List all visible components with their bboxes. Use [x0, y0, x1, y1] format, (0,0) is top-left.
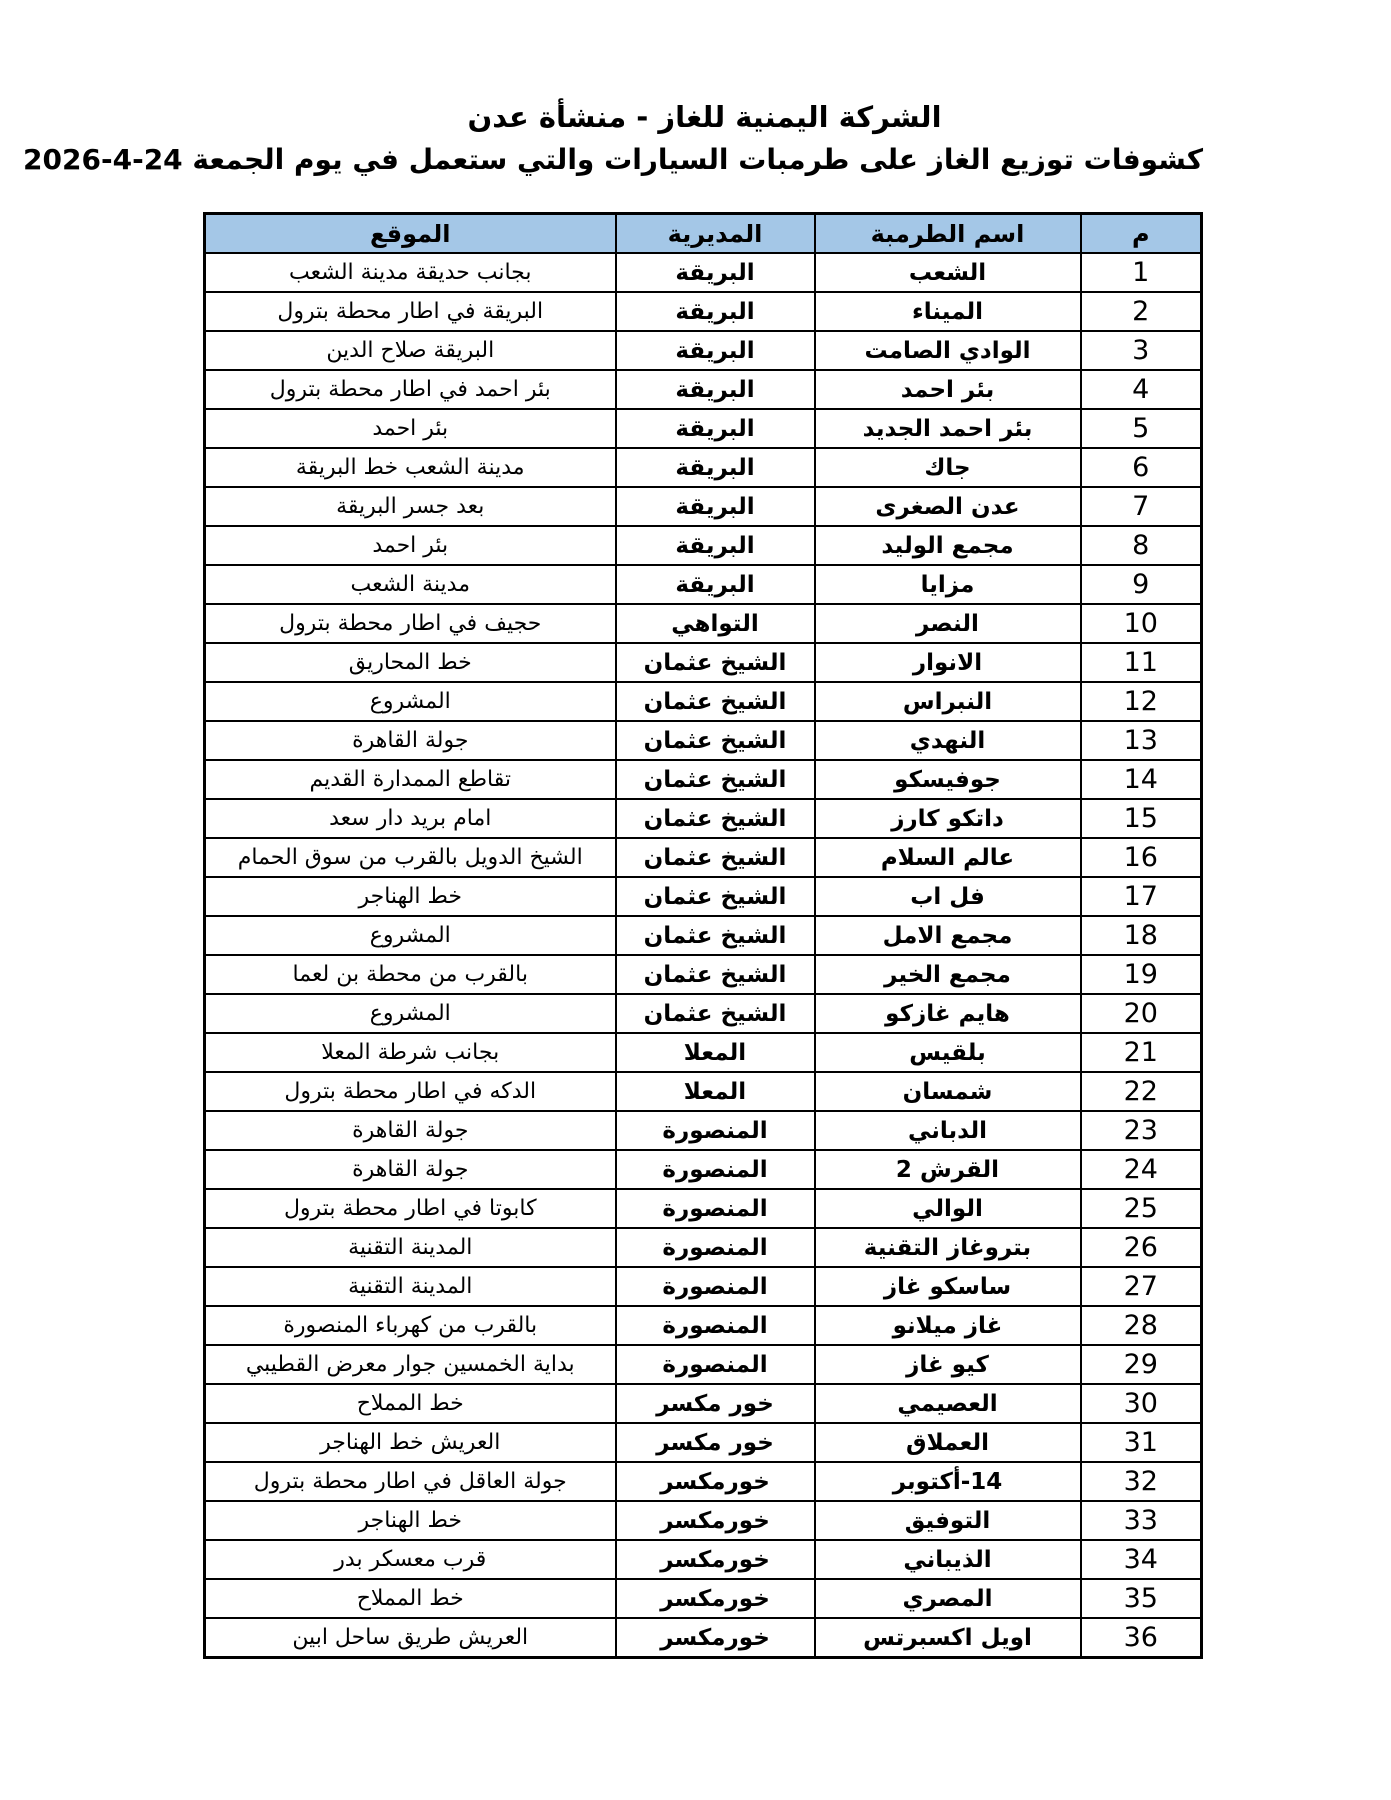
cell-location: المدينة التقنية [205, 1267, 616, 1306]
cell-pump: اويل اكسبرتس [815, 1618, 1081, 1658]
cell-location: كابوتا في اطار محطة بترول [205, 1189, 616, 1228]
table-row: 27ساسكو غازالمنصورةالمدينة التقنية [205, 1267, 1202, 1306]
cell-district: البريقة [616, 565, 815, 604]
cell-pump: غاز ميلانو [815, 1306, 1081, 1345]
cell-no: 34 [1081, 1540, 1202, 1579]
table-row: 18مجمع الاملالشيخ عثمانالمشروع [205, 916, 1202, 955]
table-row: 36اويل اكسبرتسخورمكسرالعريش طريق ساحل اب… [205, 1618, 1202, 1658]
cell-pump: النبراس [815, 682, 1081, 721]
table-row: 15داتكو كارزالشيخ عثمانامام بريد دار سعد [205, 799, 1202, 838]
cell-district: البريقة [616, 370, 815, 409]
cell-district: البريقة [616, 526, 815, 565]
cell-location: الدكه في اطار محطة بترول [205, 1072, 616, 1111]
cell-location: الشيخ الدويل بالقرب من سوق الحمام [205, 838, 616, 877]
cell-location: بئر احمد [205, 526, 616, 565]
table-row: 22شمسانالمعلاالدكه في اطار محطة بترول [205, 1072, 1202, 1111]
cell-pump: شمسان [815, 1072, 1081, 1111]
cell-district: الشيخ عثمان [616, 916, 815, 955]
cell-district: الشيخ عثمان [616, 994, 815, 1033]
cell-pump: الدباني [815, 1111, 1081, 1150]
cell-district: الشيخ عثمان [616, 721, 815, 760]
cell-location: خط الهناجر [205, 1501, 616, 1540]
cell-district: الشيخ عثمان [616, 682, 815, 721]
cell-pump: عدن الصغرى [815, 487, 1081, 526]
cell-pump: مجمع الخير [815, 955, 1081, 994]
cell-pump: الذيباني [815, 1540, 1081, 1579]
table-row: 3الوادي الصامتالبريقةالبريقة صلاح الدين [205, 331, 1202, 370]
cell-no: 23 [1081, 1111, 1202, 1150]
cell-pump: بتروغاز التقنية [815, 1228, 1081, 1267]
cell-pump: مزايا [815, 565, 1081, 604]
cell-pump: الشعب [815, 253, 1081, 292]
header-cell-district: المديرية [616, 214, 815, 254]
cell-no: 12 [1081, 682, 1202, 721]
cell-no: 22 [1081, 1072, 1202, 1111]
cell-no: 13 [1081, 721, 1202, 760]
cell-no: 4 [1081, 370, 1202, 409]
cell-location: تقاطع الممدارة القديم [205, 760, 616, 799]
cell-district: المنصورة [616, 1111, 815, 1150]
cell-district: الشيخ عثمان [616, 877, 815, 916]
cell-district: الشيخ عثمان [616, 799, 815, 838]
header-cell-no: م [1081, 214, 1202, 254]
cell-location: المشروع [205, 682, 616, 721]
cell-no: 21 [1081, 1033, 1202, 1072]
cell-district: المنصورة [616, 1306, 815, 1345]
table-row: 21بلقيسالمعلابجانب شرطة المعلا [205, 1033, 1202, 1072]
cell-location: خط المملاح [205, 1579, 616, 1618]
cell-pump: النهدي [815, 721, 1081, 760]
cell-no: 2 [1081, 292, 1202, 331]
cell-district: البريقة [616, 253, 815, 292]
cell-pump: النصر [815, 604, 1081, 643]
cell-location: جولة العاقل في اطار محطة بترول [205, 1462, 616, 1501]
table-row: 8مجمع الوليدالبريقةبئر احمد [205, 526, 1202, 565]
cell-district: خورمكسر [616, 1579, 815, 1618]
cell-no: 28 [1081, 1306, 1202, 1345]
cell-location: امام بريد دار سعد [205, 799, 616, 838]
table-row: 13النهديالشيخ عثمانجولة القاهرة [205, 721, 1202, 760]
table-row: 35المصريخورمكسرخط المملاح [205, 1579, 1202, 1618]
cell-pump: جوفيسكو [815, 760, 1081, 799]
table-row: 12النبراسالشيخ عثمانالمشروع [205, 682, 1202, 721]
cell-location: بجانب حديقة مدينة الشعب [205, 253, 616, 292]
cell-district: خورمكسر [616, 1462, 815, 1501]
cell-district: المعلا [616, 1033, 815, 1072]
cell-pump: المصري [815, 1579, 1081, 1618]
table-row: 3214-أكتوبرخورمكسرجولة العاقل في اطار مح… [205, 1462, 1202, 1501]
cell-location: خط المملاح [205, 1384, 616, 1423]
table-row: 23الدبانيالمنصورةجولة القاهرة [205, 1111, 1202, 1150]
cell-location: بالقرب من كهرباء المنصورة [205, 1306, 616, 1345]
table-body: 1الشعبالبريقةبجانب حديقة مدينة الشعب2الم… [205, 253, 1202, 1658]
cell-no: 8 [1081, 526, 1202, 565]
table-row: 1الشعبالبريقةبجانب حديقة مدينة الشعب [205, 253, 1202, 292]
cell-pump: جاك [815, 448, 1081, 487]
cell-no: 3 [1081, 331, 1202, 370]
cell-district: البريقة [616, 487, 815, 526]
cell-pump: مجمع الامل [815, 916, 1081, 955]
cell-no: 20 [1081, 994, 1202, 1033]
table-row: 25الواليالمنصورةكابوتا في اطار محطة بترو… [205, 1189, 1202, 1228]
cell-district: التواهي [616, 604, 815, 643]
cell-district: المنصورة [616, 1267, 815, 1306]
cell-no: 7 [1081, 487, 1202, 526]
cell-district: المنصورة [616, 1345, 815, 1384]
table-row: 33التوفيقخورمكسرخط الهناجر [205, 1501, 1202, 1540]
cell-pump: الوادي الصامت [815, 331, 1081, 370]
table-row: 29كيو غازالمنصورةبداية الخمسين جوار معرض… [205, 1345, 1202, 1384]
cell-no: 18 [1081, 916, 1202, 955]
table-row: 7عدن الصغرىالبريقةبعد جسر البريقة [205, 487, 1202, 526]
cell-pump: داتكو كارز [815, 799, 1081, 838]
cell-no: 6 [1081, 448, 1202, 487]
cell-pump: 14-أكتوبر [815, 1462, 1081, 1501]
cell-district: خورمكسر [616, 1540, 815, 1579]
cell-pump: ساسكو غاز [815, 1267, 1081, 1306]
cell-location: بجانب شرطة المعلا [205, 1033, 616, 1072]
cell-pump: فل اب [815, 877, 1081, 916]
cell-location: البريقة صلاح الدين [205, 331, 616, 370]
cell-pump: الوالي [815, 1189, 1081, 1228]
cell-no: 25 [1081, 1189, 1202, 1228]
table-row: 6جاكالبريقةمدينة الشعب خط البريقة [205, 448, 1202, 487]
cell-district: الشيخ عثمان [616, 955, 815, 994]
cell-pump: العصيمي [815, 1384, 1081, 1423]
cell-no: 36 [1081, 1618, 1202, 1658]
cell-district: البريقة [616, 292, 815, 331]
cell-no: 9 [1081, 565, 1202, 604]
document-page: الشركة اليمنية للغاز - منشأة عدن كشوفات … [0, 0, 1391, 1800]
table-row: 20هايم غازكوالشيخ عثمانالمشروع [205, 994, 1202, 1033]
cell-district: الشيخ عثمان [616, 760, 815, 799]
cell-location: البريقة في اطار محطة بترول [205, 292, 616, 331]
table-row: 26بتروغاز التقنيةالمنصورةالمدينة التقنية [205, 1228, 1202, 1267]
cell-pump: العملاق [815, 1423, 1081, 1462]
cell-no: 33 [1081, 1501, 1202, 1540]
cell-district: المعلا [616, 1072, 815, 1111]
table-row: 34الذيبانيخورمكسرقرب معسكر بدر [205, 1540, 1202, 1579]
cell-location: حجيف في اطار محطة بترول [205, 604, 616, 643]
cell-location: بئر احمد [205, 409, 616, 448]
cell-district: البريقة [616, 409, 815, 448]
cell-pump: هايم غازكو [815, 994, 1081, 1033]
table-row: 19مجمع الخيرالشيخ عثمانبالقرب من محطة بن… [205, 955, 1202, 994]
page-subtitle: كشوفات توزيع الغاز على طرمبات السيارات و… [206, 143, 1203, 176]
cell-district: الشيخ عثمان [616, 838, 815, 877]
table-row: 14جوفيسكوالشيخ عثمانتقاطع الممدارة القدي… [205, 760, 1202, 799]
cell-location: المدينة التقنية [205, 1228, 616, 1267]
cell-location: مدينة الشعب خط البريقة [205, 448, 616, 487]
table-row: 5بئر احمد الجديدالبريقةبئر احمد [205, 409, 1202, 448]
cell-pump: الميناء [815, 292, 1081, 331]
table-row: 11الانوارالشيخ عثمانخط المحاريق [205, 643, 1202, 682]
cell-location: العريش طريق ساحل ابين [205, 1618, 616, 1658]
cell-pump: بئر احمد [815, 370, 1081, 409]
cell-no: 17 [1081, 877, 1202, 916]
cell-no: 27 [1081, 1267, 1202, 1306]
cell-no: 31 [1081, 1423, 1202, 1462]
cell-no: 32 [1081, 1462, 1202, 1501]
header-cell-location: الموقع [205, 214, 616, 254]
cell-no: 15 [1081, 799, 1202, 838]
table-row: 10النصرالتواهيحجيف في اطار محطة بترول [205, 604, 1202, 643]
cell-no: 19 [1081, 955, 1202, 994]
cell-no: 24 [1081, 1150, 1202, 1189]
header-cell-pump: اسم الطرمبة [815, 214, 1081, 254]
cell-no: 14 [1081, 760, 1202, 799]
cell-location: مدينة الشعب [205, 565, 616, 604]
table-row: 2الميناءالبريقةالبريقة في اطار محطة بترو… [205, 292, 1202, 331]
cell-pump: الانوار [815, 643, 1081, 682]
cell-location: بالقرب من محطة بن لعما [205, 955, 616, 994]
cell-district: خور مكسر [616, 1384, 815, 1423]
cell-no: 5 [1081, 409, 1202, 448]
cell-district: خورمكسر [616, 1618, 815, 1658]
gas-distribution-table: م اسم الطرمبة المديرية الموقع 1الشعبالبر… [203, 212, 1203, 1659]
table-row: 28غاز ميلانوالمنصورةبالقرب من كهرباء الم… [205, 1306, 1202, 1345]
cell-no: 35 [1081, 1579, 1202, 1618]
cell-location: جولة القاهرة [205, 721, 616, 760]
cell-pump: كيو غاز [815, 1345, 1081, 1384]
cell-location: جولة القاهرة [205, 1111, 616, 1150]
table-row: 31العملاقخور مكسرالعريش خط الهناجر [205, 1423, 1202, 1462]
cell-no: 29 [1081, 1345, 1202, 1384]
cell-no: 30 [1081, 1384, 1202, 1423]
table-header-row: م اسم الطرمبة المديرية الموقع [205, 214, 1202, 254]
cell-location: قرب معسكر بدر [205, 1540, 616, 1579]
cell-district: البريقة [616, 331, 815, 370]
cell-district: البريقة [616, 448, 815, 487]
page-title: الشركة اليمنية للغاز - منشأة عدن [206, 100, 1203, 134]
cell-district: المنصورة [616, 1189, 815, 1228]
cell-location: المشروع [205, 916, 616, 955]
cell-pump: التوفيق [815, 1501, 1081, 1540]
table-row: 16عالم السلامالشيخ عثمانالشيخ الدويل بال… [205, 838, 1202, 877]
cell-location: المشروع [205, 994, 616, 1033]
cell-no: 16 [1081, 838, 1202, 877]
cell-location: خط الهناجر [205, 877, 616, 916]
cell-location: جولة القاهرة [205, 1150, 616, 1189]
table-row: 9مزاياالبريقةمدينة الشعب [205, 565, 1202, 604]
cell-district: خور مكسر [616, 1423, 815, 1462]
cell-location: بداية الخمسين جوار معرض القطيبي [205, 1345, 616, 1384]
cell-district: المنصورة [616, 1228, 815, 1267]
table-row: 17فل ابالشيخ عثمانخط الهناجر [205, 877, 1202, 916]
cell-location: العريش خط الهناجر [205, 1423, 616, 1462]
cell-district: خورمكسر [616, 1501, 815, 1540]
cell-pump: بلقيس [815, 1033, 1081, 1072]
cell-no: 11 [1081, 643, 1202, 682]
cell-location: بعد جسر البريقة [205, 487, 616, 526]
cell-district: الشيخ عثمان [616, 643, 815, 682]
cell-location: بئر احمد في اطار محطة بترول [205, 370, 616, 409]
cell-no: 26 [1081, 1228, 1202, 1267]
cell-pump: القرش 2 [815, 1150, 1081, 1189]
table-row: 30العصيميخور مكسرخط المملاح [205, 1384, 1202, 1423]
table-row: 24القرش 2المنصورةجولة القاهرة [205, 1150, 1202, 1189]
table-header: م اسم الطرمبة المديرية الموقع [205, 214, 1202, 254]
cell-district: المنصورة [616, 1150, 815, 1189]
cell-pump: عالم السلام [815, 838, 1081, 877]
cell-pump: مجمع الوليد [815, 526, 1081, 565]
cell-no: 10 [1081, 604, 1202, 643]
cell-location: خط المحاريق [205, 643, 616, 682]
table-row: 4بئر احمدالبريقةبئر احمد في اطار محطة بت… [205, 370, 1202, 409]
cell-no: 1 [1081, 253, 1202, 292]
cell-pump: بئر احمد الجديد [815, 409, 1081, 448]
